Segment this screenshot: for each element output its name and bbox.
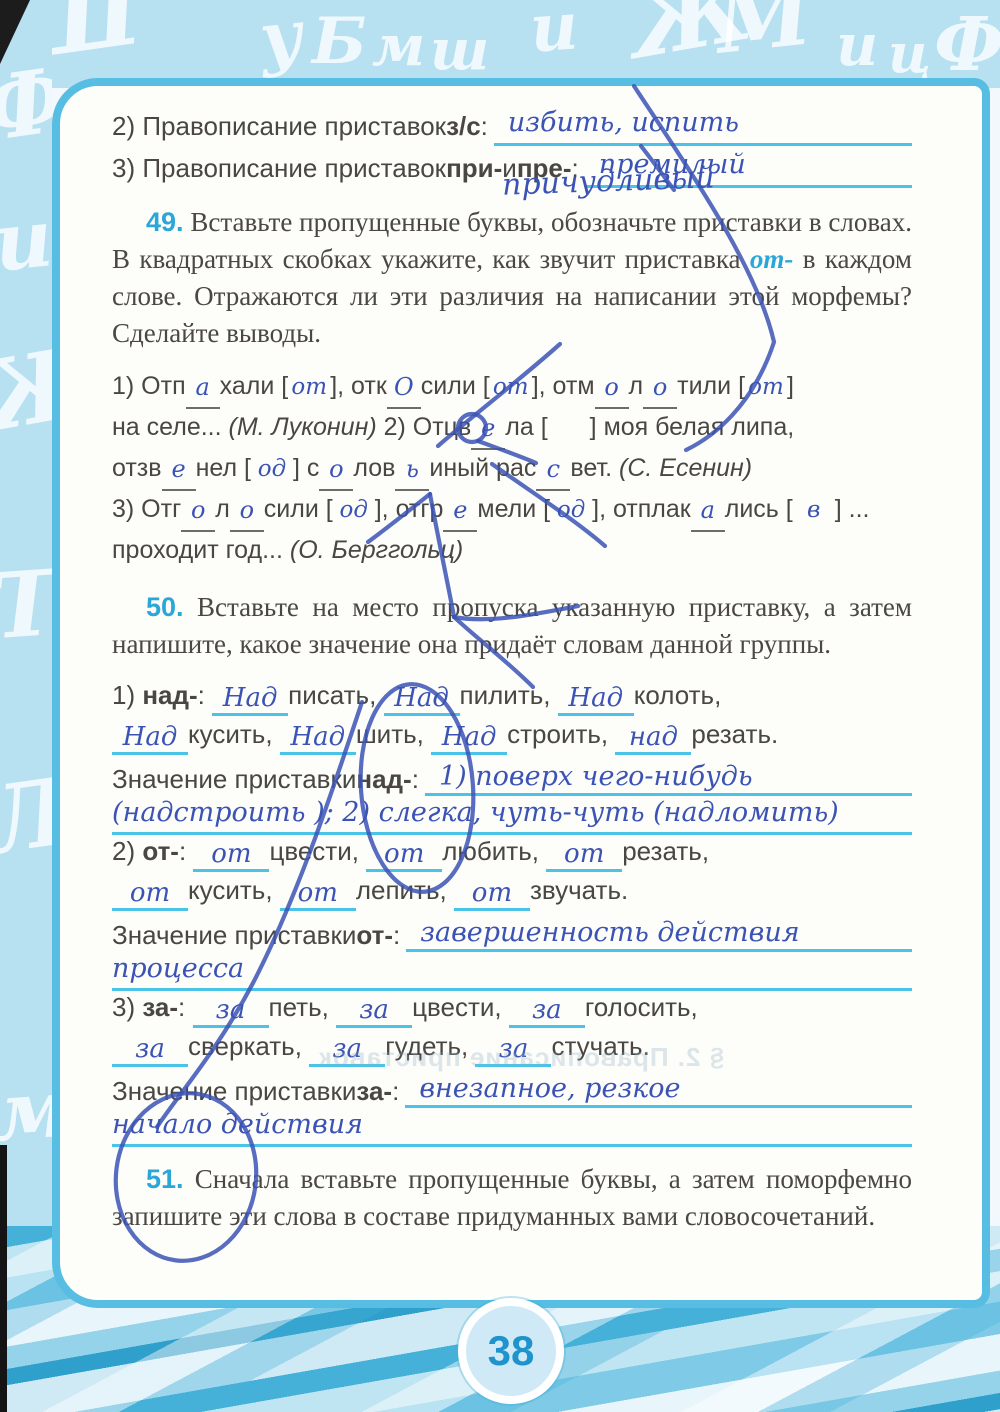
fill-blank[interactable]: с	[536, 448, 570, 491]
handwritten-answer: од	[557, 497, 585, 523]
handwritten-answer: Над	[123, 722, 178, 752]
fill-blank[interactable]: а	[691, 489, 725, 532]
fill-blank[interactable]: Над	[212, 679, 288, 716]
handwritten-answer: о	[604, 373, 618, 401]
handwritten-answer: с	[547, 455, 560, 483]
handwritten-answer: од	[340, 497, 368, 523]
print-text: :	[412, 763, 419, 796]
fill-blank[interactable]: за	[509, 991, 585, 1028]
decor-letter: и	[836, 16, 878, 74]
author-name: (С. Есенин)	[619, 454, 752, 482]
decor-letter: Т	[0, 558, 52, 652]
print-text: 3) Отг	[112, 495, 181, 523]
handwritten-answer: о	[653, 373, 667, 401]
decor-letter: М	[712, 0, 816, 67]
fill-blank[interactable]: Над	[280, 718, 356, 755]
print-text: Значение приставки	[112, 763, 356, 796]
task-number: 51.	[146, 1164, 184, 1194]
task-51-instruction: 51. Сначала вставьте пропущенные буквы, …	[112, 1161, 912, 1235]
decor-letter: и	[0, 197, 52, 283]
text-line: на селе... (М. Луконин) 2) Отцвела [] мо…	[112, 407, 912, 448]
sound-bracket-blank[interactable]: од	[333, 489, 375, 531]
print-text: цвести,	[412, 992, 509, 1022]
handwritten-answer: (надстроить ); 2) слегка, чуть-чуть (над…	[112, 797, 839, 828]
fill-blank[interactable]: е	[162, 448, 196, 491]
text-line: 3) за-: запеть, зацвести, заголосить,	[112, 991, 912, 1030]
print-text: сили	[264, 495, 326, 523]
handwritten-answer: Над	[394, 683, 449, 713]
content-card: 2) Правописание приставок з/с: избить, и…	[52, 78, 990, 1308]
handwritten-answer: ь	[406, 455, 419, 483]
decor-top-band: ШуБмшиЖМицФ	[0, 0, 1000, 88]
accent-prefix: от-	[750, 244, 794, 274]
print-text: 2) Правописание приставок	[112, 106, 446, 146]
answer-line-full[interactable]: (надстроить ); 2) слегка, чуть-чуть (над…	[112, 796, 912, 835]
print-text-bold: над-	[142, 680, 197, 710]
handwritten-answer: внезапное, резкое	[419, 1073, 680, 1104]
print-text: Значение приставки	[112, 919, 356, 952]
handwritten-answer: а	[701, 496, 715, 524]
print-text: строить,	[507, 719, 615, 749]
fill-blank[interactable]: от	[366, 835, 442, 872]
fill-blank[interactable]: а	[186, 366, 220, 409]
print-text: :	[393, 919, 400, 952]
sound-bracket: [	[543, 495, 550, 523]
answer-line[interactable]: избить, испить	[494, 102, 912, 146]
handwritten-answer: процесса	[112, 953, 244, 984]
fill-blank[interactable]: О	[387, 366, 421, 409]
fill-blank[interactable]: за	[112, 1030, 188, 1067]
print-text: л	[629, 372, 644, 400]
print-text: 3) Правописание приставок	[112, 148, 446, 188]
handwritten-answer: завершенность действия	[420, 917, 799, 948]
fill-blank[interactable]: за	[336, 991, 412, 1028]
bleed-through-text: § 2. Правописание приставок	[318, 1042, 724, 1073]
print-text: с	[300, 454, 319, 482]
fill-blank[interactable]: за	[193, 991, 269, 1028]
handwritten-answer: от	[298, 878, 338, 908]
handwritten-answer: а	[195, 373, 209, 401]
text-line: 1) над-: Надписать, Надпилить, Надколоть…	[112, 679, 912, 718]
print-text: лись	[725, 495, 786, 523]
fill-blank[interactable]: от	[280, 874, 356, 911]
handwritten-answer: от	[211, 839, 251, 869]
fill-blank[interactable]: о	[595, 366, 629, 409]
print-text: голосить,	[585, 992, 698, 1022]
print-text: мели	[477, 495, 543, 523]
task-50-instruction: 50. Вставьте на место пропуска указанную…	[112, 589, 912, 663]
decor-letter: м	[0, 1067, 52, 1152]
decor-letter: и	[528, 0, 580, 62]
handwritten-answer: от	[130, 878, 170, 908]
fill-blank[interactable]: Над	[112, 718, 188, 755]
text-line: Значение приставки над-: 1) поверх чего-…	[112, 757, 912, 796]
fill-blank[interactable]: е	[443, 489, 477, 532]
print-text: ...	[842, 495, 870, 523]
print-text: , отгр	[382, 495, 444, 523]
text-line: Значение приставки от-: завершенность де…	[112, 913, 912, 952]
decor-left-band: ФиЖТЛм	[0, 0, 52, 1240]
sound-bracket: ]	[590, 413, 597, 441]
text-line: откусить, отлепить, отзвучать.	[112, 874, 912, 913]
print-text: 1)	[112, 680, 142, 710]
print-text: , отм	[539, 372, 595, 400]
decor-letter: Ф	[0, 55, 52, 154]
sound-bracket-blank[interactable]: в	[793, 489, 835, 531]
print-text: :	[198, 680, 212, 710]
task-text: 51. Сначала вставьте пропущенные буквы, …	[112, 1161, 912, 1235]
task-number: 50.	[146, 592, 184, 622]
print-text: звучать.	[530, 875, 628, 905]
print-text: пилить,	[460, 680, 558, 710]
task-number: 49.	[146, 207, 184, 237]
author-name: (М. Луконин)	[229, 413, 377, 441]
handwritten-answer: о	[329, 455, 343, 483]
handwritten-answer: е	[171, 455, 185, 483]
sound-bracket: ]	[375, 495, 382, 523]
print-text: лепить,	[356, 875, 454, 905]
print-text: резать,	[622, 836, 709, 866]
sound-bracket: [	[786, 495, 793, 523]
text-line: Значение приставки за-: внезапное, резко…	[112, 1069, 912, 1108]
print-text-bold: от-	[356, 919, 393, 952]
handwritten-answer: в	[807, 497, 820, 523]
sound-bracket: ]	[787, 372, 794, 400]
print-text-bold: з/с	[446, 106, 481, 146]
print-text: тили	[677, 372, 738, 400]
exercise-50-body: 1) над-: Надписать, Надпилить, Надколоть…	[112, 679, 912, 1147]
print-text: Сначала вставьте пропущенные буквы, а за…	[112, 1164, 912, 1231]
sound-bracket: [	[738, 372, 745, 400]
fill-blank[interactable]: о	[643, 366, 677, 409]
handwritten-answer: о	[240, 496, 254, 524]
print-text: на селе...	[112, 413, 229, 441]
sound-bracket: [	[244, 454, 251, 482]
sound-bracket: ]	[293, 454, 300, 482]
handwritten-answer: Над	[442, 722, 497, 752]
sound-bracket: [	[541, 413, 548, 441]
print-text: Вставьте на место пропуска указанную при…	[112, 592, 912, 659]
handwritten-answer: за	[216, 995, 246, 1025]
print-text: Значение приставки	[112, 1075, 356, 1108]
fill-blank[interactable]: от	[454, 874, 530, 911]
handwritten-answer: над	[629, 722, 678, 752]
decor-letter: Б	[312, 10, 367, 74]
handwritten-answer: от	[493, 374, 529, 400]
print-text: вет.	[570, 454, 619, 482]
sound-bracket: [	[281, 372, 288, 400]
print-text: :	[179, 836, 193, 866]
handwritten-answer: 1) поверх чего-нибудь	[439, 761, 753, 792]
print-text: , отк	[337, 372, 387, 400]
handwritten-answer: от	[291, 374, 327, 400]
sound-bracket-blank[interactable]: од	[550, 489, 592, 531]
handwritten-answer: от	[472, 878, 512, 908]
answer-line[interactable]: завершенность действия	[406, 916, 912, 952]
handwritten-answer: от	[564, 839, 604, 869]
sound-bracket: ]	[532, 372, 539, 400]
handwritten-answer: от	[384, 839, 424, 869]
print-text-bold: за-	[142, 992, 178, 1022]
fill-blank[interactable]: е	[471, 407, 505, 450]
print-text-bold: от-	[142, 836, 179, 866]
handwritten-answer: о	[191, 496, 205, 524]
print-text: писать,	[288, 680, 383, 710]
print-text: нел	[196, 454, 244, 482]
fill-blank[interactable]: ь	[395, 448, 429, 491]
print-text-bold: при-	[446, 148, 502, 188]
text-line: 3) Отголосили [од], отгремели [од], отпл…	[112, 489, 912, 530]
print-text: сверкать,	[188, 1031, 309, 1061]
decor-letter: Ж	[0, 330, 52, 446]
print-text: резать.	[691, 719, 778, 749]
print-text: моя белая липа,	[597, 413, 795, 441]
text-line: 1) Отпахали [от], откОсили [от], отмолот…	[112, 366, 912, 407]
scan-edge-bottom-left	[0, 1145, 7, 1412]
handwritten-answer: избить, испить	[508, 107, 739, 138]
print-text: :	[392, 1075, 399, 1108]
text-line: 2) от-: отцвести, отлюбить, отрезать,	[112, 835, 912, 874]
fill-blank[interactable]: Над	[431, 718, 507, 755]
print-text-bold: над-	[356, 763, 411, 796]
decor-letter: у	[256, 0, 305, 74]
print-text: колоть,	[634, 680, 722, 710]
decor-letter: Л	[0, 765, 52, 867]
handwritten-answer: е	[453, 496, 467, 524]
decor-letter: ш	[430, 22, 489, 78]
fill-blank[interactable]: от	[546, 835, 622, 872]
sound-bracket: [	[483, 372, 490, 400]
decor-letter: ц	[888, 26, 931, 80]
task-49-instruction: 49. Вставьте пропущенные буквы, обозначь…	[112, 204, 912, 352]
task-text: 50. Вставьте на место пропуска указанную…	[112, 589, 912, 663]
handwritten-answer: е	[481, 414, 495, 442]
handwritten-answer: за	[359, 995, 389, 1025]
page-number-badge: 38	[458, 1298, 564, 1404]
sound-bracket-blank[interactable]: от	[288, 366, 330, 408]
text-line: 2) Правописание приставок з/с: избить, и…	[112, 106, 912, 146]
fill-blank[interactable]: о	[181, 489, 215, 532]
handwritten-answer: Над	[568, 683, 623, 713]
print-text: 3)	[112, 992, 142, 1022]
print-text: цвести,	[269, 836, 366, 866]
handwritten-answer: от	[748, 374, 784, 400]
answer-line-full[interactable]: процесса	[112, 952, 912, 991]
sound-bracket-blank[interactable]: от	[490, 366, 532, 408]
handwritten-answer: од	[258, 456, 286, 482]
answer-line[interactable]: внезапное, резкое	[405, 1072, 912, 1108]
print-text: хали	[220, 372, 282, 400]
print-text: , отплак	[599, 495, 691, 523]
sound-bracket: [	[326, 495, 333, 523]
answer-line[interactable]: 1) поверх чего-нибудь	[425, 760, 912, 796]
exercise-49-body: 1) Отпахали [от], откОсили [от], отмолот…	[112, 366, 912, 571]
handwritten-answer: Над	[290, 722, 345, 752]
print-text: проходит год...	[112, 536, 290, 564]
print-text: :	[178, 992, 192, 1022]
handwritten-answer: начало действия	[112, 1109, 363, 1140]
sound-bracket-blank[interactable]: од	[251, 448, 293, 490]
handwritten-answer: за	[532, 995, 562, 1025]
fill-blank[interactable]: о	[319, 448, 353, 491]
fill-blank[interactable]: Над	[558, 679, 634, 716]
print-text: 2)	[112, 836, 142, 866]
page-number: 38	[488, 1327, 535, 1375]
fill-blank[interactable]: над	[615, 718, 691, 755]
text-line: Надкусить, Надшить, Надстроить, надрезат…	[112, 718, 912, 757]
fill-blank[interactable]: от	[112, 874, 188, 911]
print-text: л	[215, 495, 230, 523]
task-text: 49. Вставьте пропущенные буквы, обозначь…	[112, 204, 912, 352]
answer-line-full[interactable]: начало действия	[112, 1108, 912, 1147]
sound-bracket: ]	[835, 495, 842, 523]
print-text: ла	[505, 413, 540, 441]
print-text: любить,	[442, 836, 546, 866]
author-name: (О. Берггольц)	[290, 536, 463, 564]
print-text: отзв	[112, 454, 162, 482]
sound-bracket-blank[interactable]: от	[745, 366, 787, 408]
decor-letter: м	[372, 18, 425, 74]
print-text: 2) Отцв	[377, 413, 472, 441]
handwritten-prichudlivyj: причудливый	[501, 160, 715, 202]
fill-blank[interactable]: от	[193, 835, 269, 872]
print-text: 1) Отп	[112, 372, 186, 400]
text-line: проходит год... (О. Берггольц)	[112, 530, 912, 571]
fill-blank[interactable]: Над	[384, 679, 460, 716]
decor-letter: Ф	[934, 8, 1000, 82]
print-text: иный рас	[429, 454, 536, 482]
card-content: 2) Правописание приставок з/с: избить, и…	[60, 86, 982, 1300]
print-text: шить,	[356, 719, 431, 749]
print-text: :	[481, 106, 488, 146]
fill-blank[interactable]: о	[230, 489, 264, 532]
text-line: отзвенел [од] соловьиный рассвет. (С. Ес…	[112, 448, 912, 489]
handwritten-answer: О	[394, 373, 414, 401]
handwritten-answer: за	[135, 1034, 165, 1064]
print-text: сили	[421, 372, 483, 400]
print-text: лов	[353, 454, 395, 482]
handwritten-answer: Над	[223, 683, 278, 713]
print-text: петь,	[269, 992, 337, 1022]
print-text-bold: за-	[356, 1075, 392, 1108]
print-text: кусить,	[188, 719, 280, 749]
print-text: кусить,	[188, 875, 280, 905]
